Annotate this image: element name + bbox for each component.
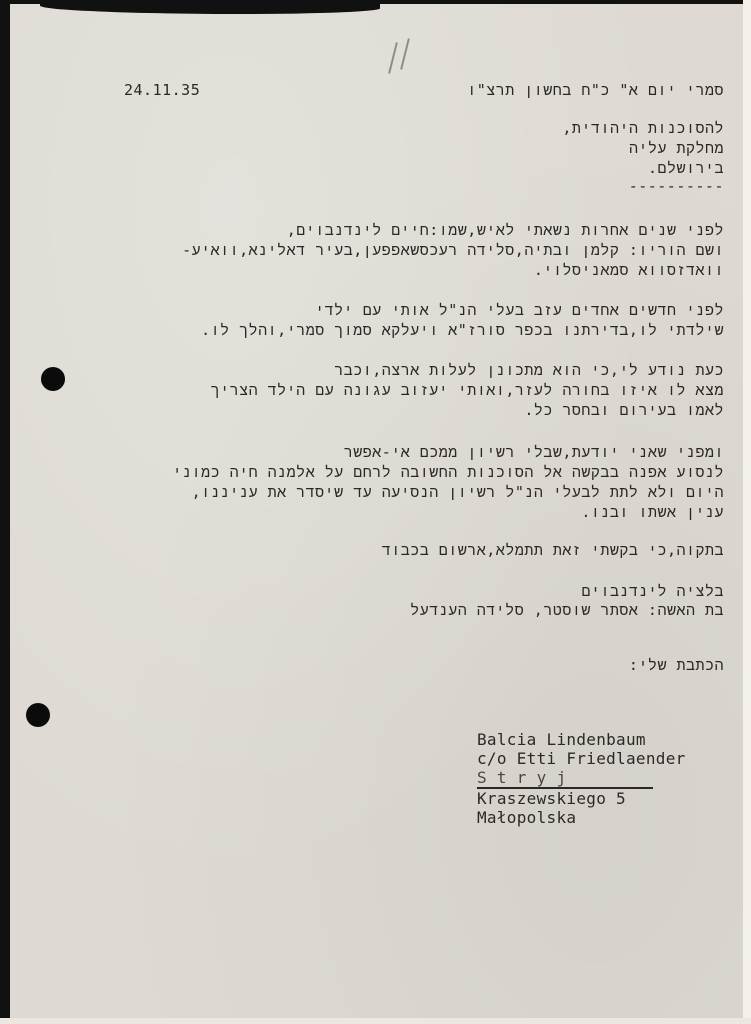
date-numeric: 24.11.35: [124, 80, 200, 100]
date-hebrew: סמרי יום א" כ"ח בחשון תרצ"ו: [324, 80, 724, 100]
body-line: ומפני שאני יודעת,שבלי רשיון ממכם אי-אפשר: [4, 442, 724, 462]
body-line: כעת נודע לי,כי הוא מתכונן לעלות ארצה,וכב…: [4, 360, 724, 380]
paper-right-edge: [743, 0, 751, 1024]
address-line-region: Małopolska: [477, 808, 576, 828]
body-line: לפני חדשים אחדים עזב בעלי הנ"ל אותי עם י…: [4, 300, 724, 320]
address-line-street: Kraszewskiego 5: [477, 789, 626, 809]
body-line: לאמו בעירום ובחסר כל.: [4, 400, 724, 420]
body-line: לפני שנים אחרות נשאתי לאיש,שמו:חיים לינד…: [4, 220, 724, 240]
signature-lineage: בת האשה: אסתר שוסטר, סלידה הענדעל: [4, 600, 724, 620]
signature-name: בלציה לינדנבוים: [4, 581, 724, 601]
punch-hole-icon: [26, 703, 50, 727]
recipient-line: בירושלם.: [324, 158, 724, 178]
body-line: היום ולא לתת לבעלי הנ"ל רשיון הנסיעה עד …: [4, 482, 724, 502]
body-line: ענין אשתו ובנו.: [4, 502, 724, 522]
address-line-care-of: c/o Etti Friedlaender: [477, 749, 686, 769]
body-line: שילדתי לו,בדירתנו בכפר סורז"א ויעלקא סמו…: [4, 320, 724, 340]
body-line: ושם הוריו: קלמן ובתיה,סלידה רעכסשאפפען,ב…: [4, 240, 724, 260]
address-line-city: S t r y j: [477, 768, 566, 788]
address-line-name: Balcia Lindenbaum: [477, 730, 646, 750]
body-line: וואדזסווא סמאניסלוי.: [4, 260, 724, 280]
body-line: מצא לו איזו בחורה לעזר,ואותי יעזוב עגונה…: [4, 380, 724, 400]
recipient-line: להסוכנות היהודית,: [324, 118, 724, 138]
address-label: הכתבת שלי:: [424, 655, 724, 675]
recipient-line: מחלקת עליה: [324, 138, 724, 158]
closing-line: בתקוה,כי בקשתי זאת תתמלא,ארשום בכבוד: [4, 540, 724, 560]
body-line: לנסוע אפנה בבקשה אל הסוכנות החשובה לרחם …: [4, 462, 724, 482]
recipient-separator: ----------: [324, 176, 724, 196]
paper-bottom-edge: [0, 1018, 751, 1024]
